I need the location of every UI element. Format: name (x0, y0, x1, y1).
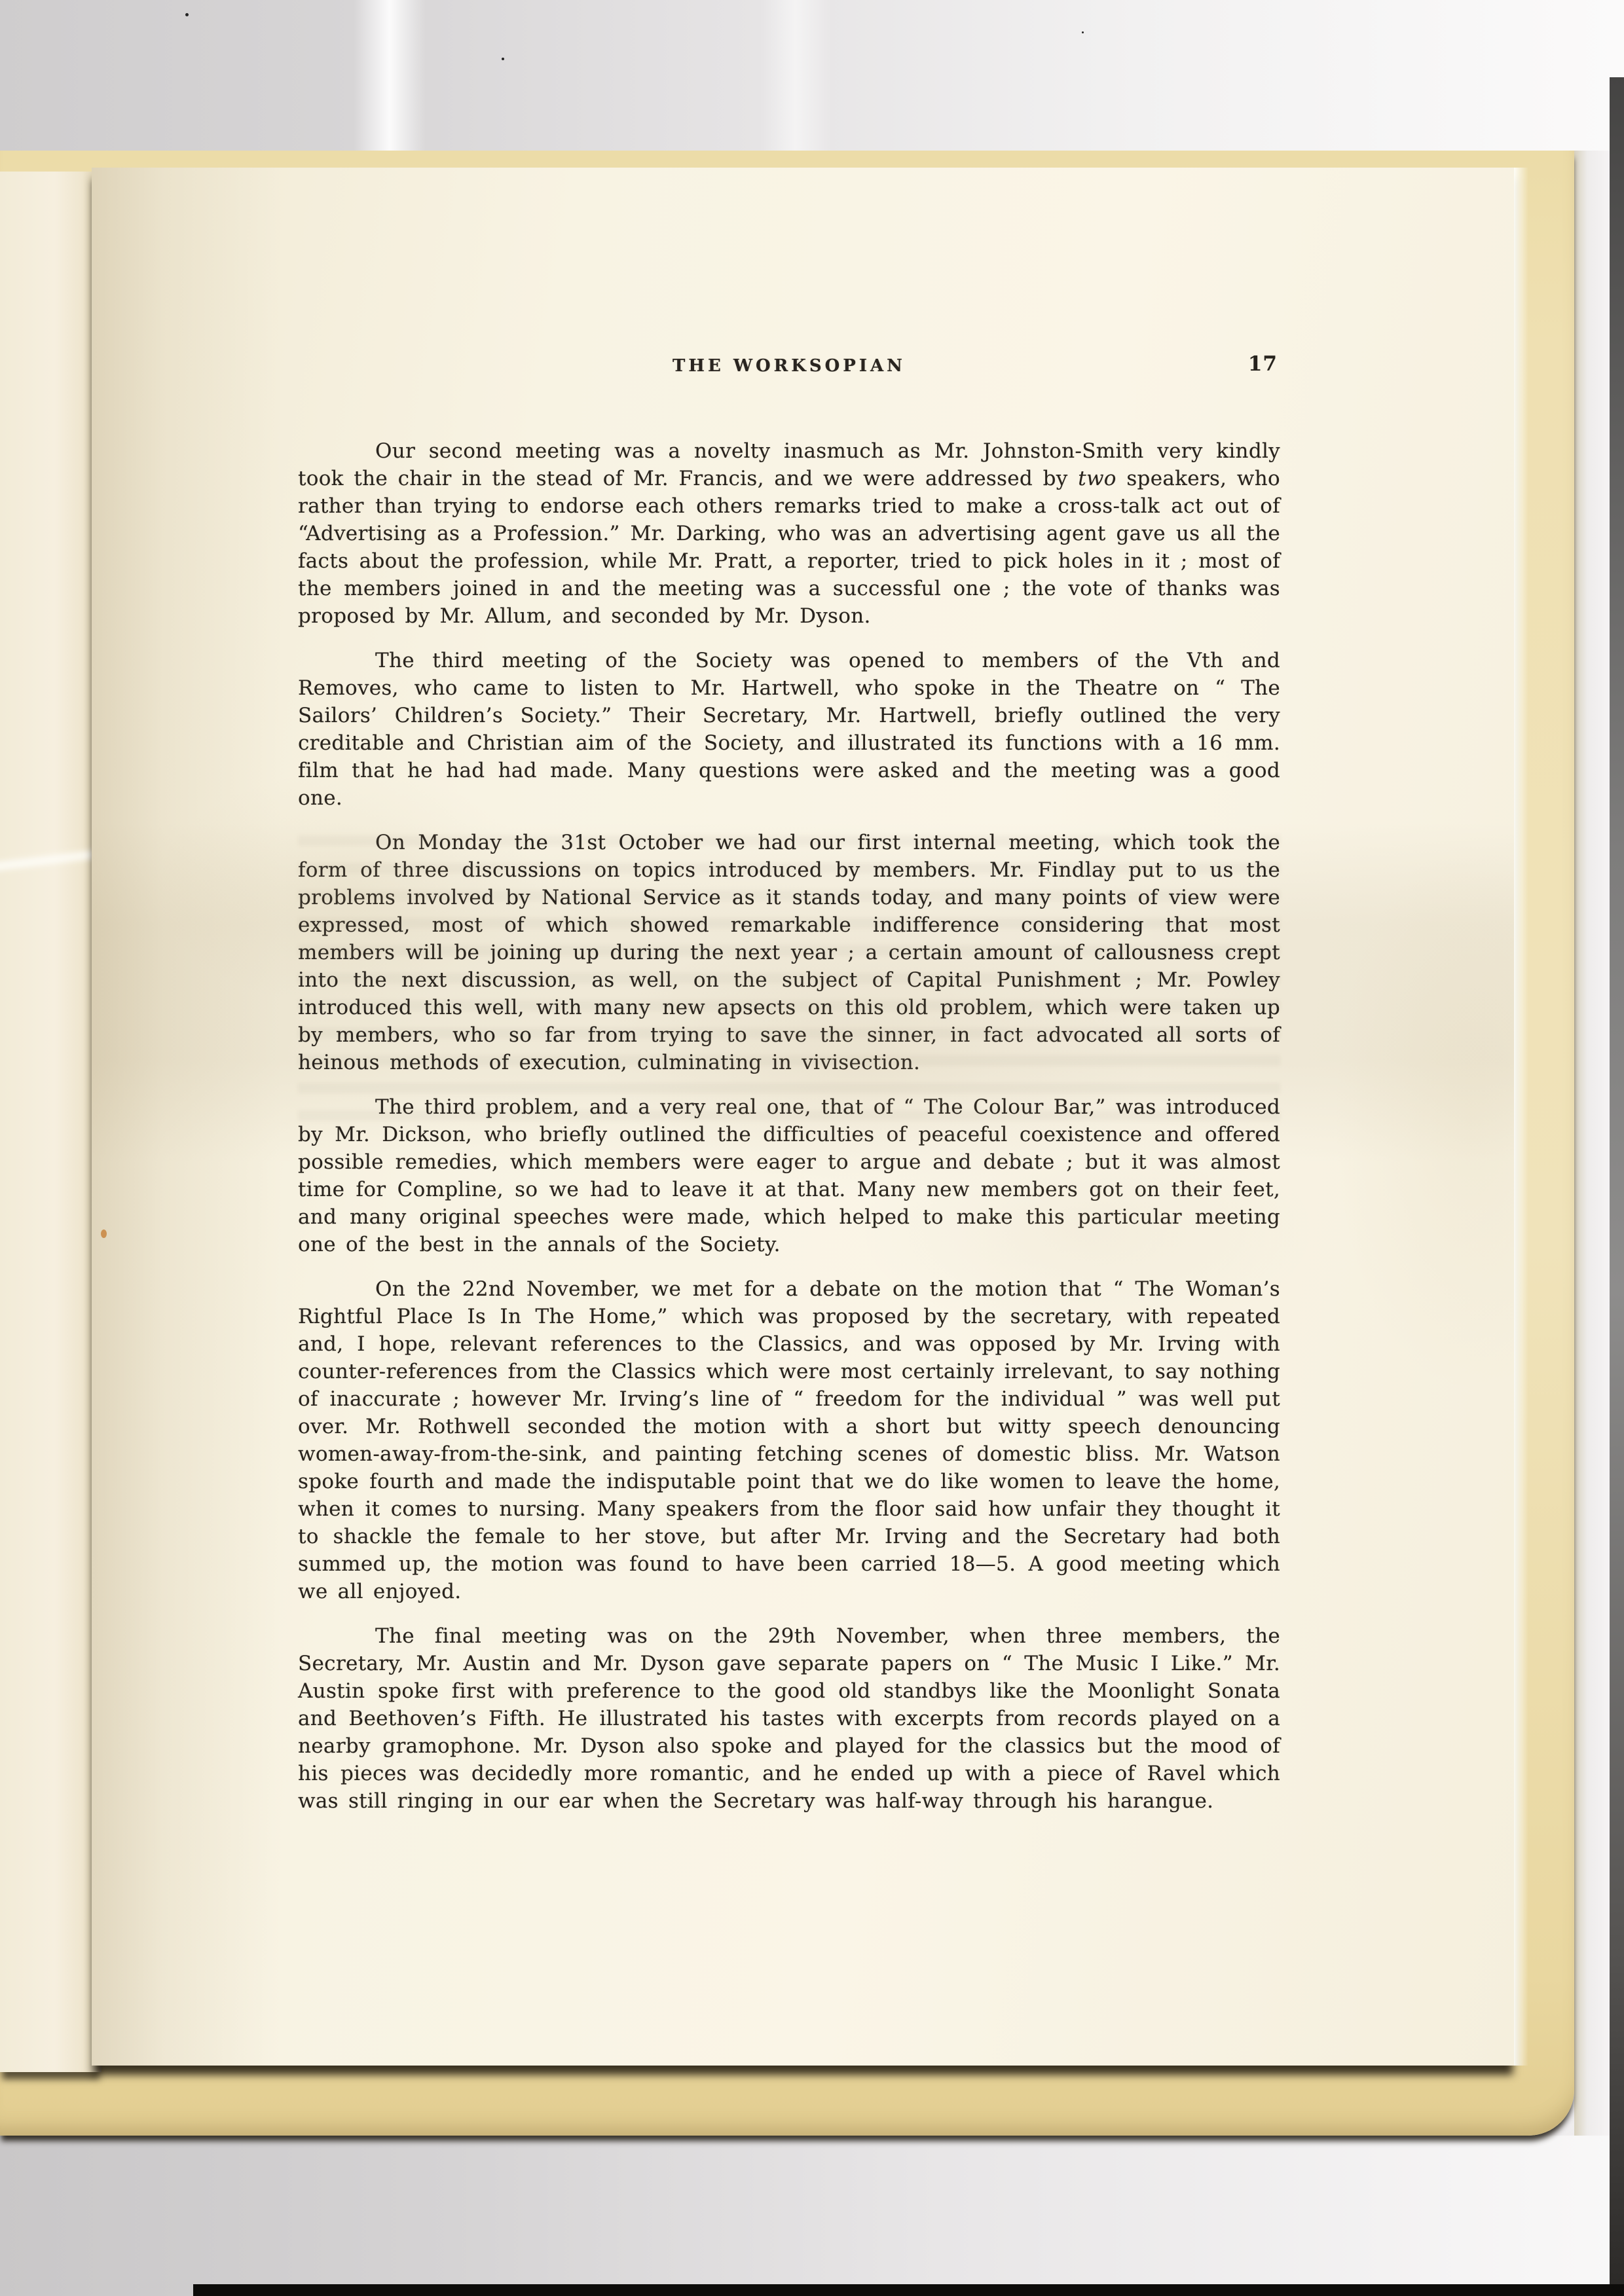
dust-speck (1082, 31, 1084, 33)
paper-stain (101, 1230, 107, 1238)
page-number: 17 (1248, 352, 1278, 376)
dust-speck (502, 58, 504, 60)
italic-emphasis: two (1078, 467, 1116, 490)
page-edge-highlight (1514, 168, 1528, 2066)
scanner-light-streak (354, 0, 426, 152)
paragraph-text: speakers, who rather than trying to endo… (298, 467, 1280, 628)
scanned-book-page: THE WORKSOPIAN 17 Our second meeting was… (0, 0, 1624, 2296)
scanner-background-top (0, 0, 1624, 152)
book-page: THE WORKSOPIAN 17 Our second meeting was… (92, 168, 1514, 2066)
page-gutter-fold (0, 172, 101, 2072)
journal-title: THE WORKSOPIAN (673, 356, 906, 376)
article-text: Our second meeting was a novelty inasmuc… (298, 437, 1280, 1832)
scanner-light-streak (760, 0, 832, 152)
paragraph-colour-bar: The third problem, and a very real one, … (298, 1093, 1280, 1258)
paragraph-third-meeting: The third meeting of the Society was ope… (298, 647, 1280, 812)
paragraph-22nd-november: On the 22nd November, we met for a debat… (298, 1275, 1280, 1605)
paragraph-final-meeting: The final meeting was on the 29th Novemb… (298, 1622, 1280, 1815)
running-header: THE WORKSOPIAN 17 (298, 356, 1280, 385)
dust-speck (185, 13, 189, 16)
scan-bottom-black-edge (193, 2284, 1624, 2296)
paragraph-31st-october: On Monday the 31st October we had our fi… (298, 829, 1280, 1076)
scan-right-dark-edge (1610, 77, 1624, 2285)
paragraph-second-meeting: Our second meeting was a novelty inasmuc… (298, 437, 1280, 630)
scanner-gap-right (1574, 151, 1612, 2136)
scanner-background-bottom (0, 2136, 1624, 2296)
